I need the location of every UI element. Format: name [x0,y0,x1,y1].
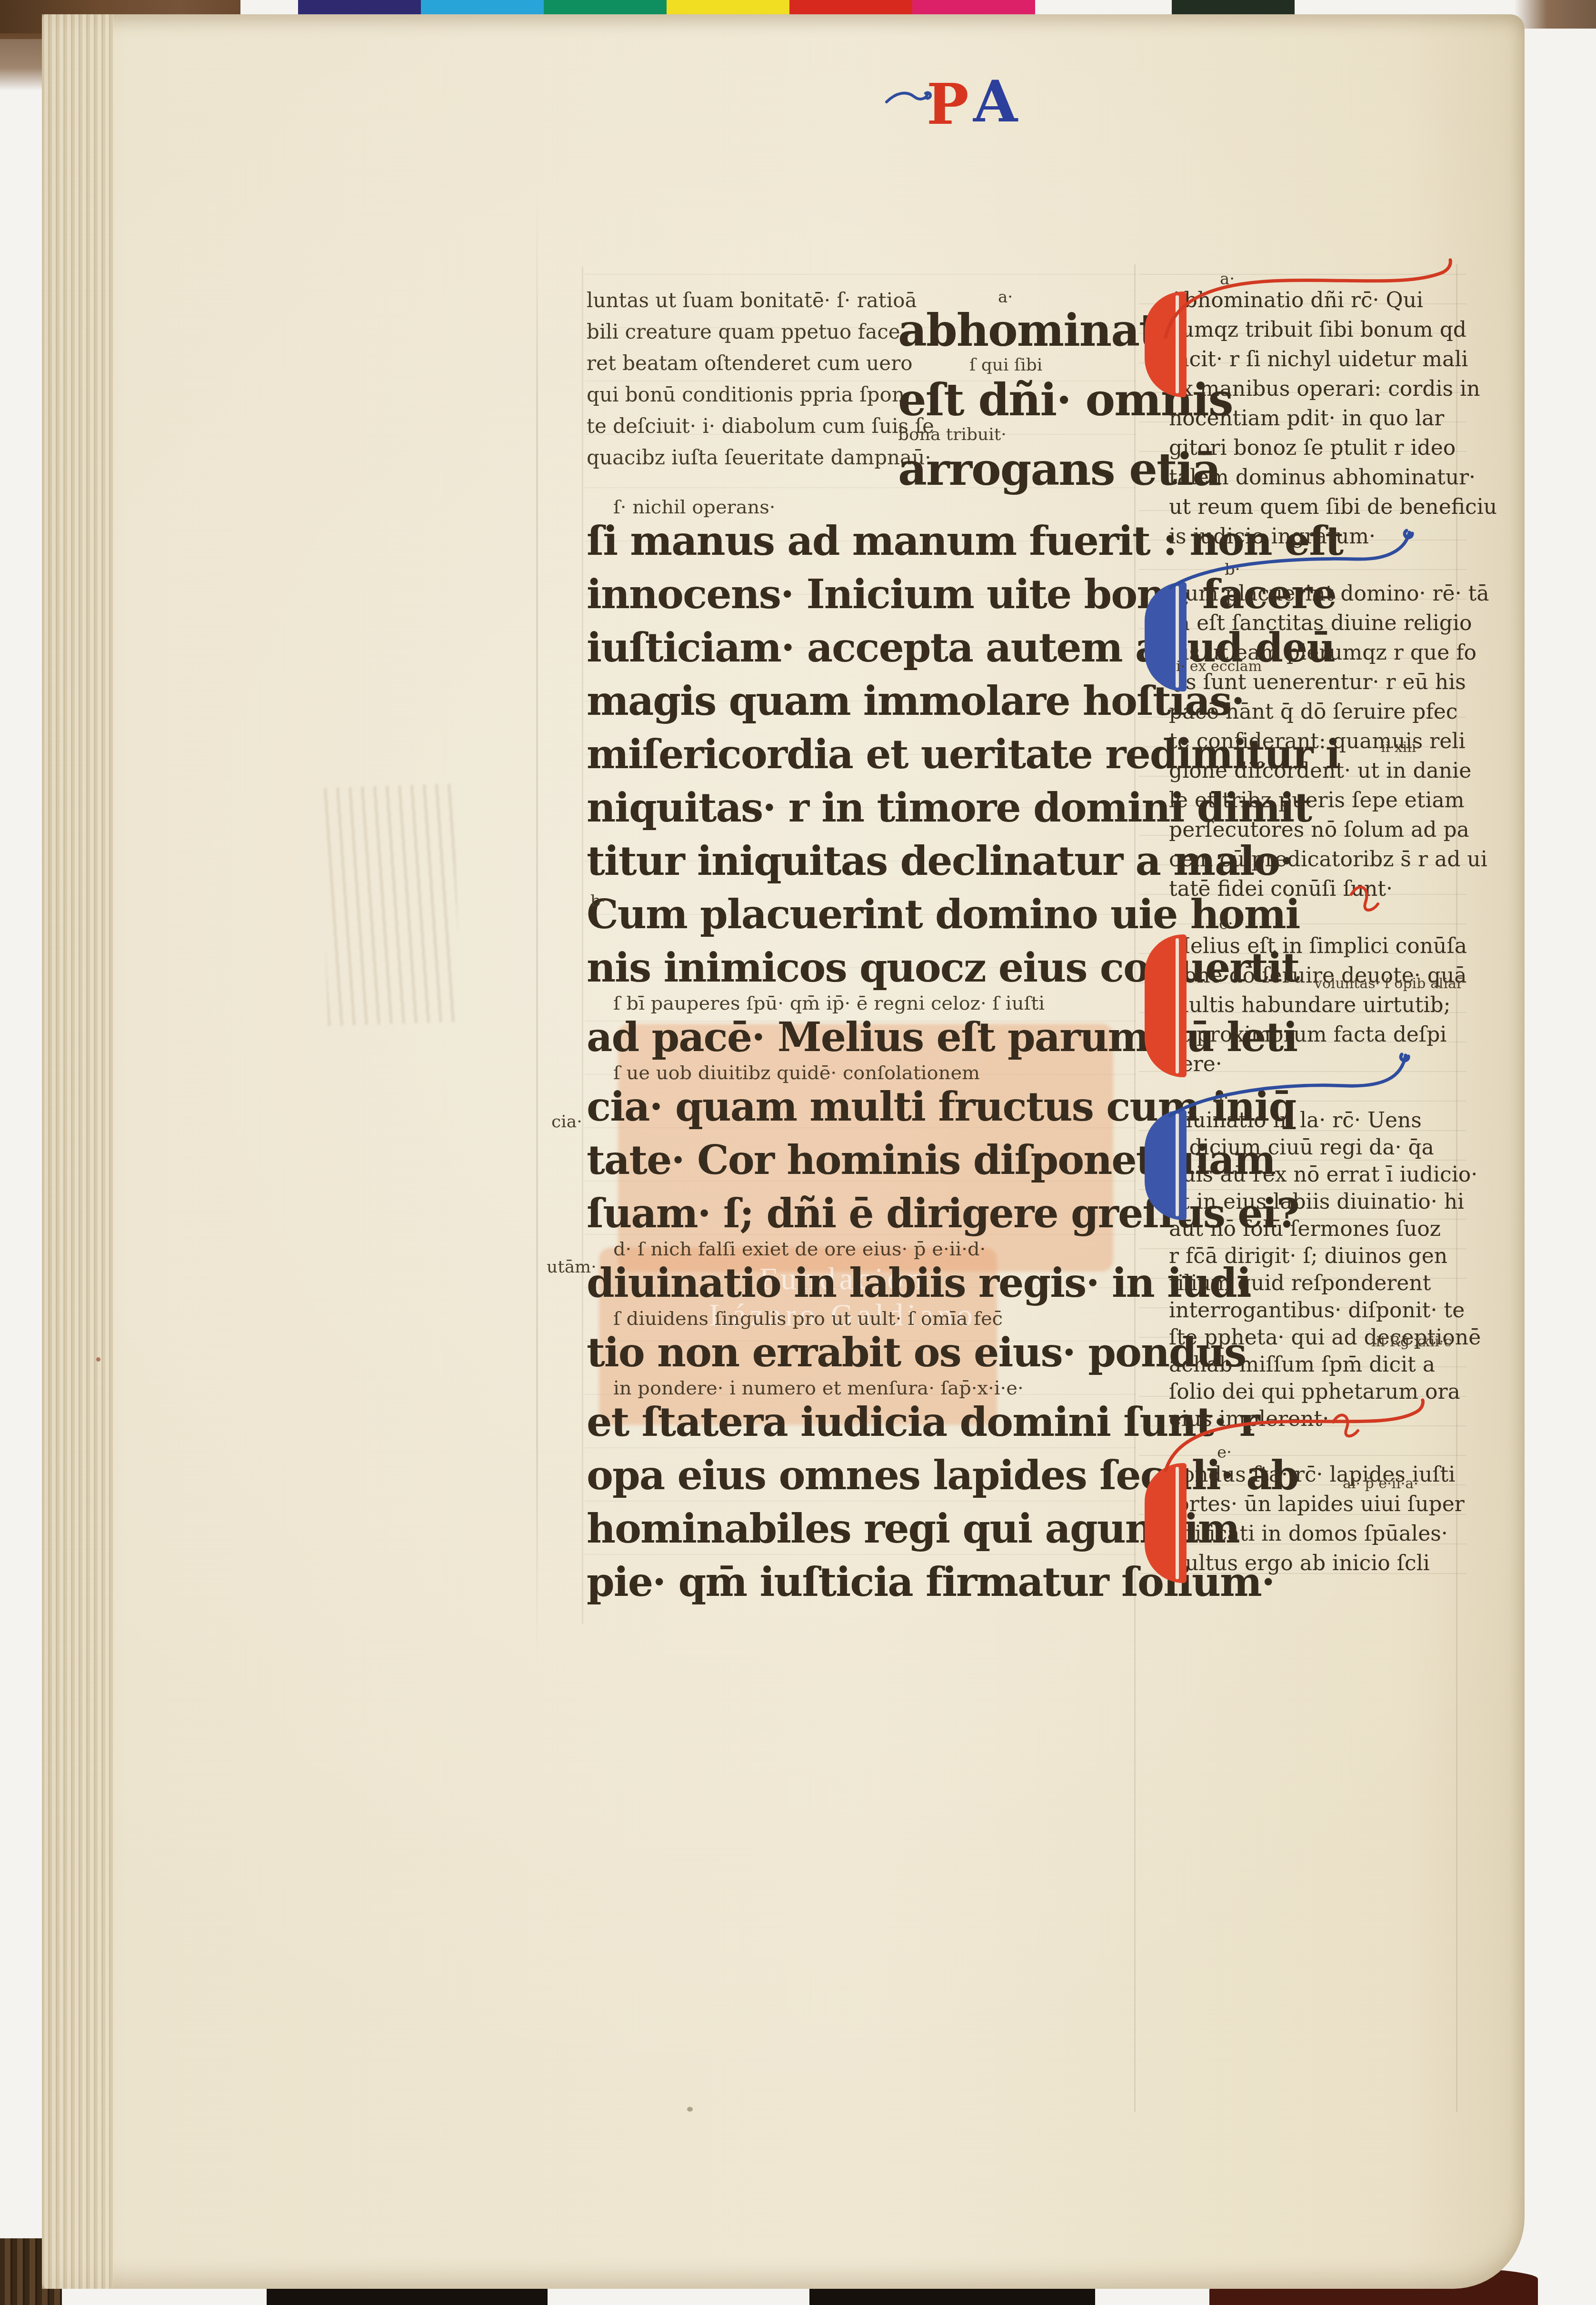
parchment-speck [96,1357,100,1362]
parchment-speck [687,2107,693,2112]
pen-flourishes [0,0,1596,2305]
manuscript-photo: Fundación Lázaro Galdiano P A luntas ut … [0,0,1596,2305]
